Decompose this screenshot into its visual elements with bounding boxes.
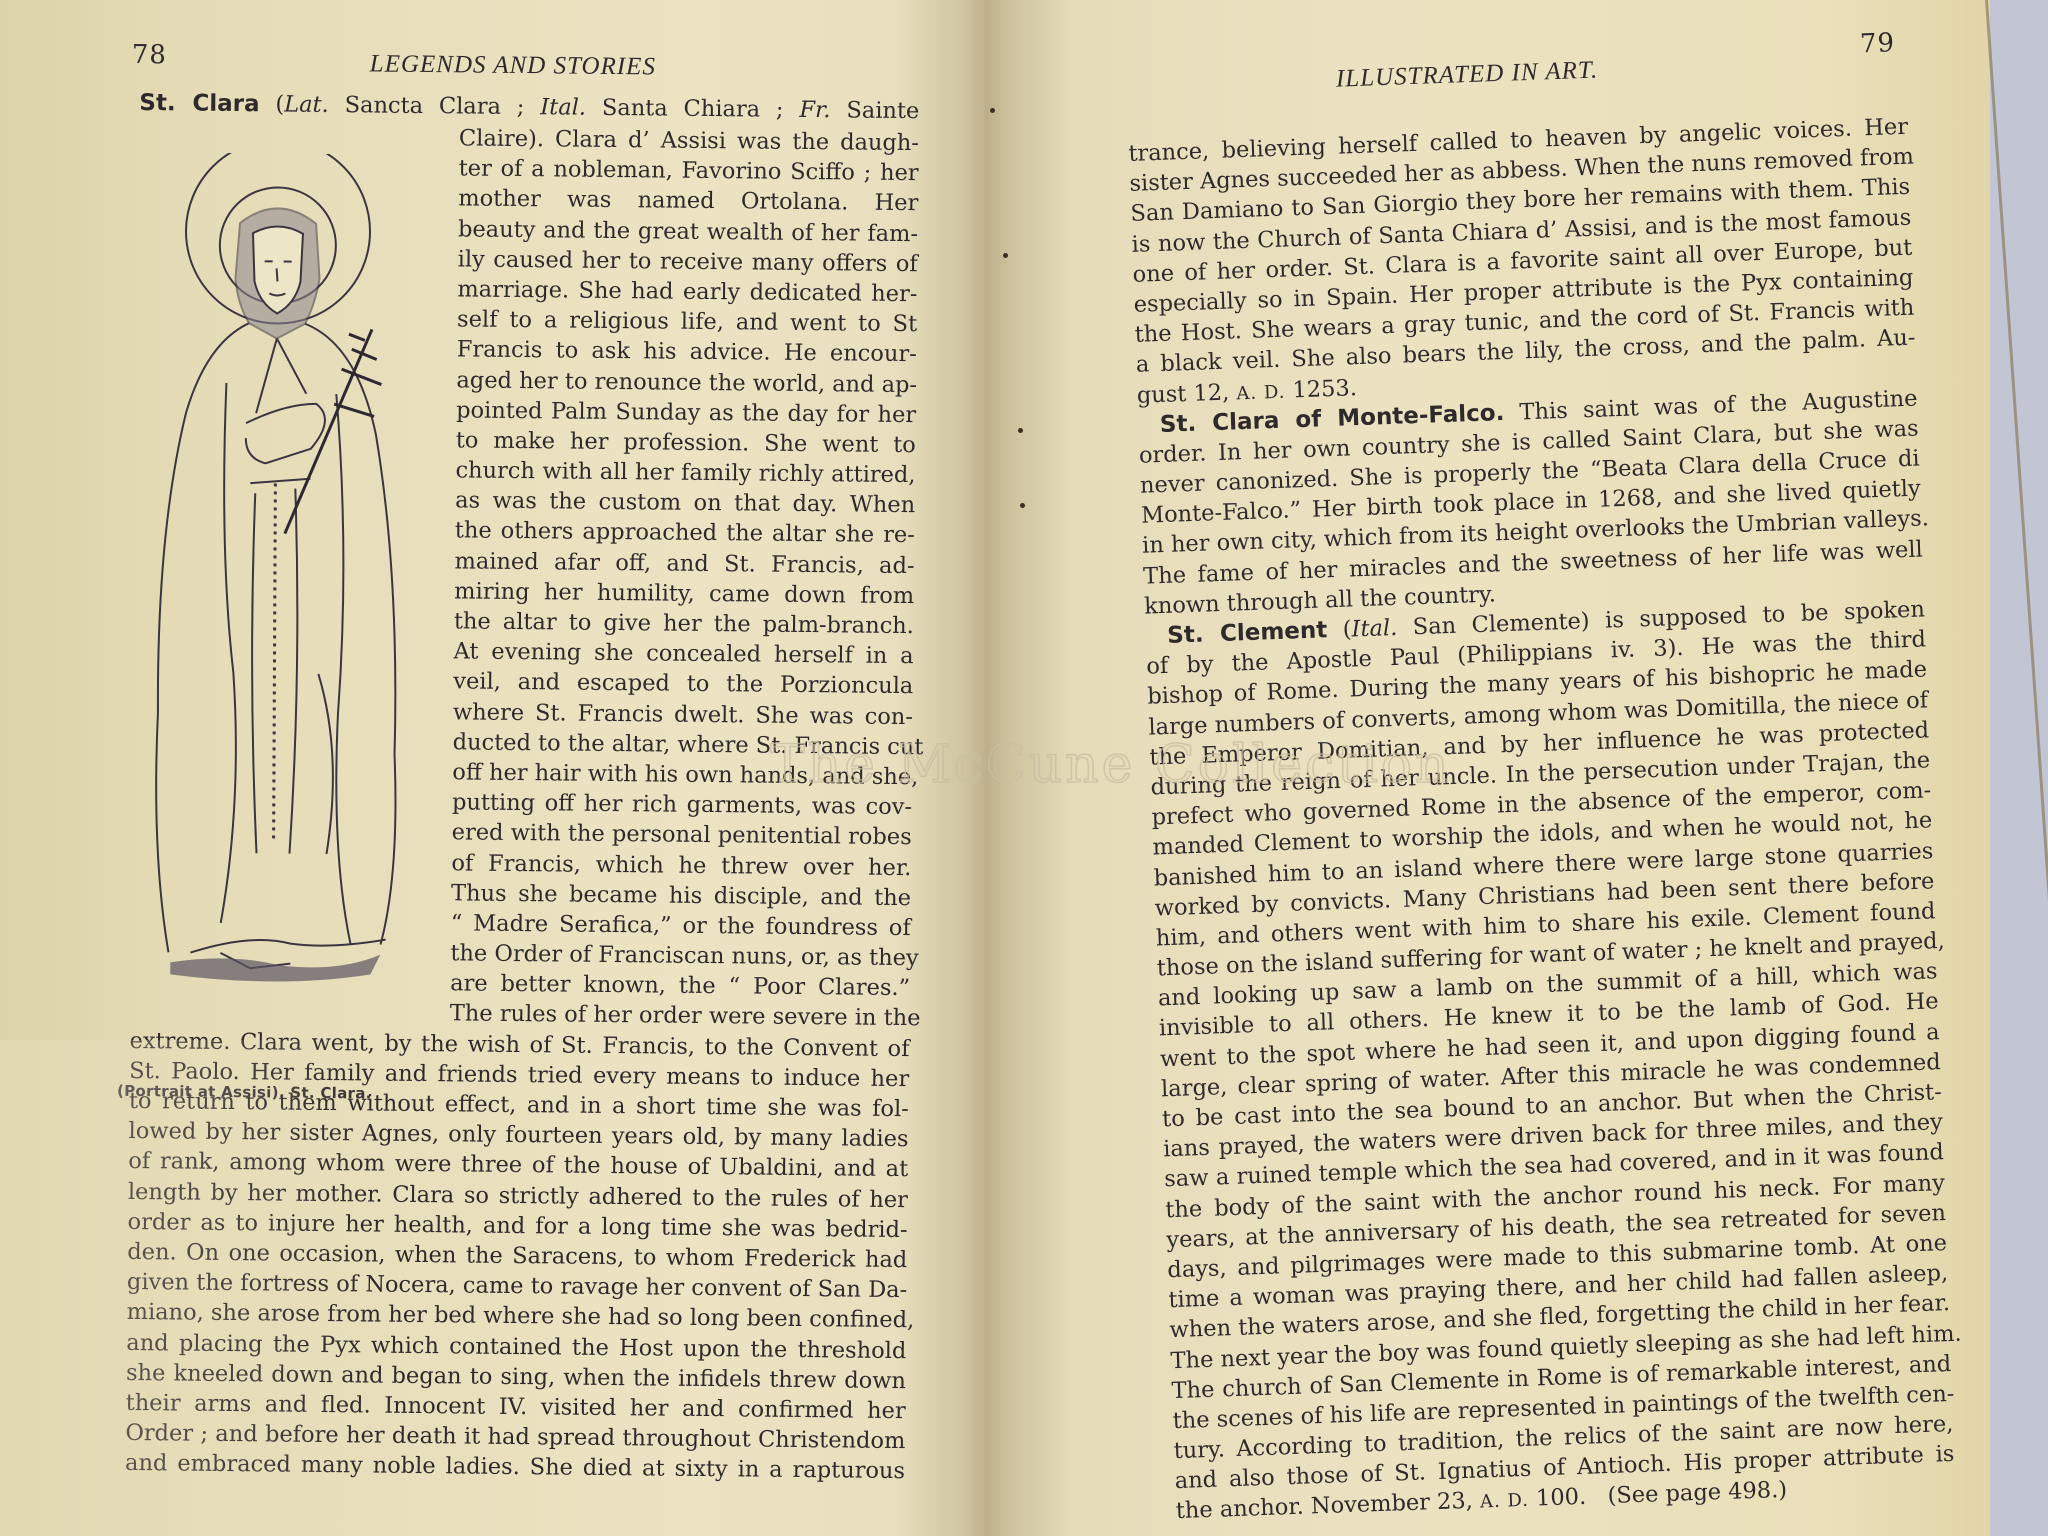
- date-year: 100.: [1536, 1484, 1587, 1512]
- text-line: ered with the personal penitential robes: [452, 818, 912, 853]
- text-line: aged her to renounce the world, and ap-: [456, 365, 916, 400]
- fr-label: Fr.: [799, 97, 830, 123]
- text-line: ily caused her to receive many offers of: [458, 244, 918, 279]
- running-head-title-left: LEGENDS AND STORIES: [370, 50, 656, 81]
- left-page: 78 LEGENDS AND STORIES St. Clara (Lat. S…: [125, 40, 920, 1508]
- text-line: self to a religious life, and went to St: [457, 304, 917, 339]
- st-clara-illustration: [130, 152, 439, 1025]
- binding-stitch: [990, 108, 995, 113]
- lat-label: Lat.: [284, 92, 329, 118]
- text-line: Claire). Clara d’ Assisi was the daugh-: [459, 123, 919, 158]
- lat-name: Sancta Clara ;: [345, 92, 525, 120]
- date-era: A. D.: [1236, 381, 1286, 404]
- text-line: where St. Francis dwelt. She was con-: [453, 697, 913, 732]
- text-line: the Order of Franciscan nuns, or, as the…: [450, 938, 910, 973]
- saint-engraving-icon: [130, 152, 439, 1025]
- text-line: Francis to ask his advice. He encour-: [457, 335, 917, 370]
- text-line: ter of a nobleman, Favorino Sciffo ; her: [459, 154, 919, 189]
- entry-heading-st-clara: St. Clara: [139, 90, 259, 117]
- fr-name: Sainte: [846, 97, 919, 124]
- binding-stitch: [1003, 253, 1008, 258]
- running-head-title-right: ILLUSTRATED IN ART.: [1336, 57, 1599, 94]
- date-prefix: gust 12,: [1136, 379, 1229, 408]
- text-line: Thus she became his disciple, and the: [451, 878, 911, 913]
- figure-caption: (Portrait at Assisi). St. Clara.: [117, 1076, 372, 1109]
- right-page-text: trance, believing herself called to heav…: [1128, 112, 1956, 1527]
- text-line: the others approached the altar she re-: [455, 516, 915, 551]
- text-line: beauty and the great wealth of her fam-: [458, 214, 918, 249]
- page-number-left: 78: [132, 40, 167, 70]
- text-line: off her hair with his own hands, and she…: [452, 757, 912, 792]
- text-line: as was the custom on that day. When: [455, 486, 915, 521]
- right-page: ILLUSTRATED IN ART. 79 trance, believing…: [1125, 28, 1955, 1514]
- binding-stitch: [1018, 428, 1023, 433]
- text-line: to make her profession. She went to: [456, 425, 916, 460]
- photo-stage: 78 LEGENDS AND STORIES St. Clara (Lat. S…: [0, 0, 2048, 1536]
- page-edge: [1985, 0, 2048, 1536]
- text-line: The rules of her order were severe in th…: [450, 999, 910, 1034]
- ital-name: San Clemente): [1412, 608, 1590, 640]
- entry-heading-st-clement: St. Clement: [1167, 617, 1328, 649]
- date-year: 1253.: [1292, 375, 1357, 403]
- text-line: pointed Palm Sunday as the day for her: [456, 395, 916, 430]
- text-line: the altar to give her the palm-branch.: [454, 606, 914, 641]
- text-line: of Francis, which he threw over her.: [451, 848, 911, 883]
- ital-name: Santa Chiara ;: [602, 95, 784, 123]
- running-head-right: ILLUSTRATED IN ART. 79: [1125, 28, 1906, 103]
- figure-and-text: (Portrait at Assisi). St. Clara. Claire)…: [130, 120, 919, 1034]
- text-line: putting off her rich garments, was cov-: [452, 787, 912, 822]
- text-line: ducted to the altar, where St. Francis c…: [453, 727, 913, 762]
- text-line: mother was named Ortolana. Her: [458, 184, 918, 219]
- page-number-right: 79: [1859, 28, 1895, 59]
- date-era: A. D.: [1480, 1490, 1530, 1513]
- binding-stitch: [1020, 503, 1025, 508]
- open-book: 78 LEGENDS AND STORIES St. Clara (Lat. S…: [0, 0, 1990, 1536]
- text-line: At evening she concealed herself in a: [453, 637, 913, 672]
- ital-label: Ital.: [540, 94, 586, 120]
- text-line: “ Madre Serafica,” or the foundress of: [451, 908, 911, 943]
- text-line: veil, and escaped to the Porzioncula: [453, 667, 913, 702]
- running-head-left: 78 LEGENDS AND STORIES: [139, 40, 919, 96]
- paren: (: [275, 91, 284, 117]
- text-line: miring her humility, came down from: [454, 576, 914, 611]
- ital-label: Ital.: [1351, 615, 1398, 643]
- text-line: marriage. She had early dedicated her-: [457, 274, 917, 309]
- cross-reference: (See page 498.): [1607, 1477, 1787, 1509]
- text-line: mained afar off, and St. Francis, ad-: [454, 546, 914, 581]
- text-line: church with all her family richly attire…: [455, 455, 915, 490]
- wrapped-text: Claire). Clara d’ Assisi was the daugh- …: [450, 123, 919, 1033]
- text-line: are better known, the “ Poor Clares.”: [450, 969, 910, 1004]
- st-clara-entry: St. Clara (Lat. Sancta Clara ; Ital. San…: [125, 88, 920, 1487]
